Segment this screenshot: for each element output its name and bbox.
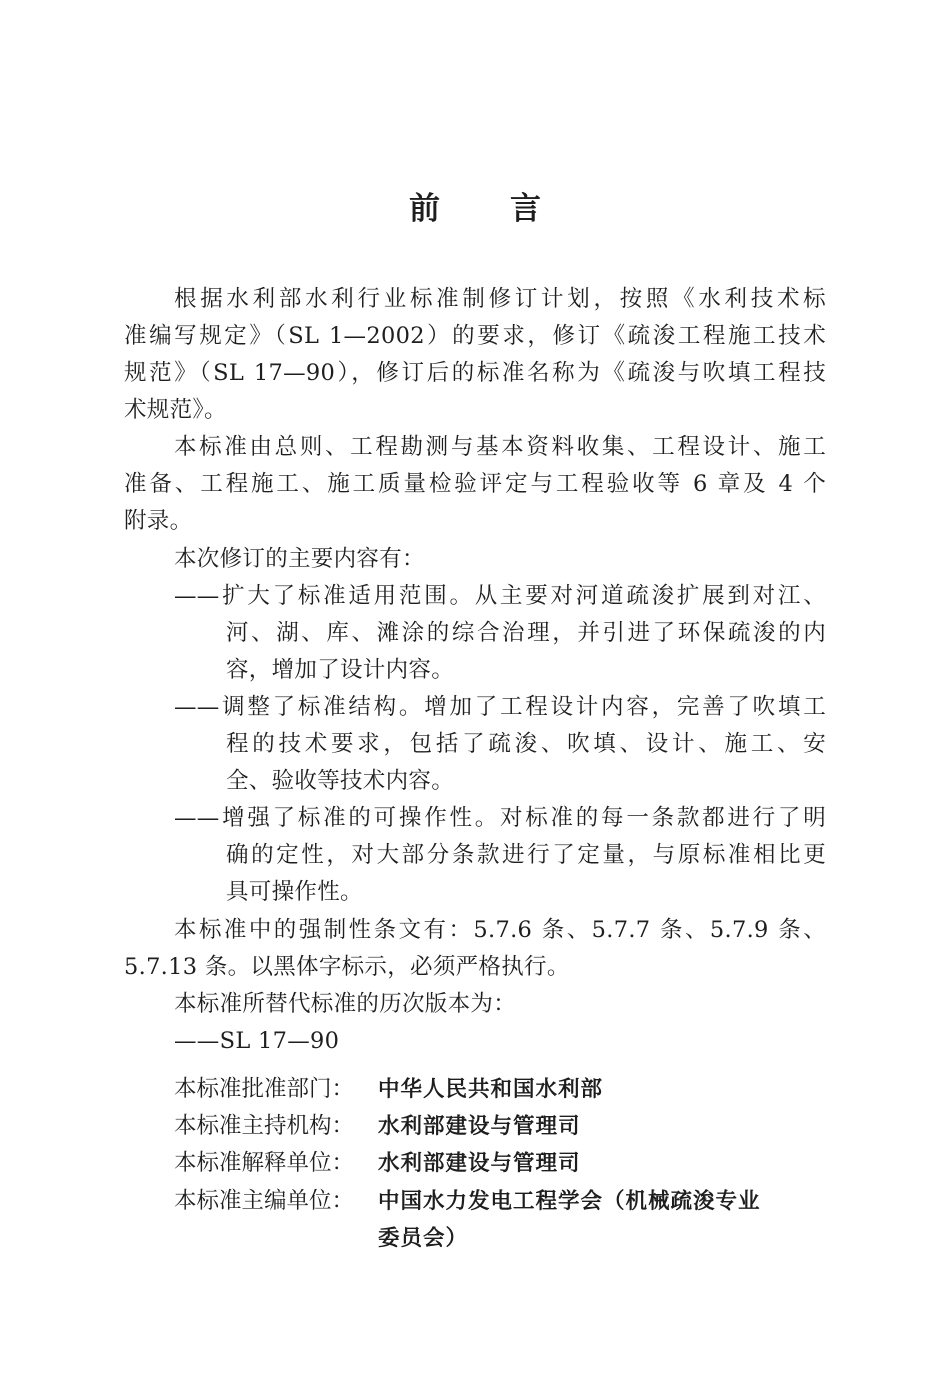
text-line: 准备、工程施工、施工质量检验评定与工程验收等 6 章及 4 个	[124, 466, 826, 503]
meta-value-editor: 中国水力发电工程学会（机械疏浚专业	[378, 1183, 761, 1220]
text-line: 具可操作性。	[226, 874, 363, 911]
text-line: 规范》（SL 17—90），修订后的标准名称为《疏浚与吹填工程技	[124, 355, 826, 392]
text-line: 根据水利部水利行业标准制修订计划，按照《水利技术标	[174, 281, 826, 318]
text-line: 全、验收等技术内容。	[226, 763, 454, 800]
meta-value-interpretation: 水利部建设与管理司	[378, 1145, 581, 1182]
meta-label-editor: 本标准主编单位：	[174, 1183, 354, 1220]
meta-value-editor-cont: 委员会）	[378, 1220, 468, 1257]
superseded-version-item: ——SL 17—90	[174, 1023, 339, 1060]
superseded-versions-intro: 本标准所替代标准的历次版本为：	[174, 986, 516, 1023]
page-title: 前言	[0, 183, 950, 228]
meta-label-interpretation: 本标准解释单位：	[174, 1145, 354, 1182]
text-line: 5.7.13 条。以黑体字标示，必须严格执行。	[124, 949, 570, 986]
text-line: ——增强了标准的可操作性。对标准的每一条款都进行了明	[174, 800, 826, 837]
page-title-char-2: 言	[510, 183, 541, 228]
text-line: ——调整了标准结构。增加了工程设计内容，完善了吹填工	[174, 689, 826, 726]
meta-label-host: 本标准主持机构：	[174, 1108, 354, 1145]
revisions-intro: 本次修订的主要内容有：	[174, 541, 425, 578]
text-line: 河、湖、库、滩涂的综合治理，并引进了环保疏浚的内	[226, 615, 826, 652]
meta-value-host: 水利部建设与管理司	[378, 1108, 581, 1145]
text-line: 程的技术要求，包括了疏浚、吹填、设计、施工、安	[226, 726, 826, 763]
text-line: 确的定性，对大部分条款进行了定量，与原标准相比更	[226, 837, 826, 874]
text-line: 本标准中的强制性条文有：5.7.6 条、5.7.7 条、5.7.9 条、	[174, 912, 826, 949]
page-title-char-1: 前	[409, 183, 440, 228]
text-line: 术规范》。	[124, 392, 227, 429]
text-line: 容，增加了设计内容。	[226, 652, 454, 689]
text-line: 本标准由总则、工程勘测与基本资料收集、工程设计、施工	[174, 429, 826, 466]
text-line: 准编写规定》（SL 1—2002）的要求，修订《疏浚工程施工技术	[124, 318, 826, 355]
meta-label-approval: 本标准批准部门：	[174, 1071, 354, 1108]
text-line: ——扩大了标准适用范围。从主要对河道疏浚扩展到对江、	[174, 578, 826, 615]
meta-value-approval: 中华人民共和国水利部	[378, 1071, 603, 1108]
text-line: 附录。	[124, 503, 192, 540]
